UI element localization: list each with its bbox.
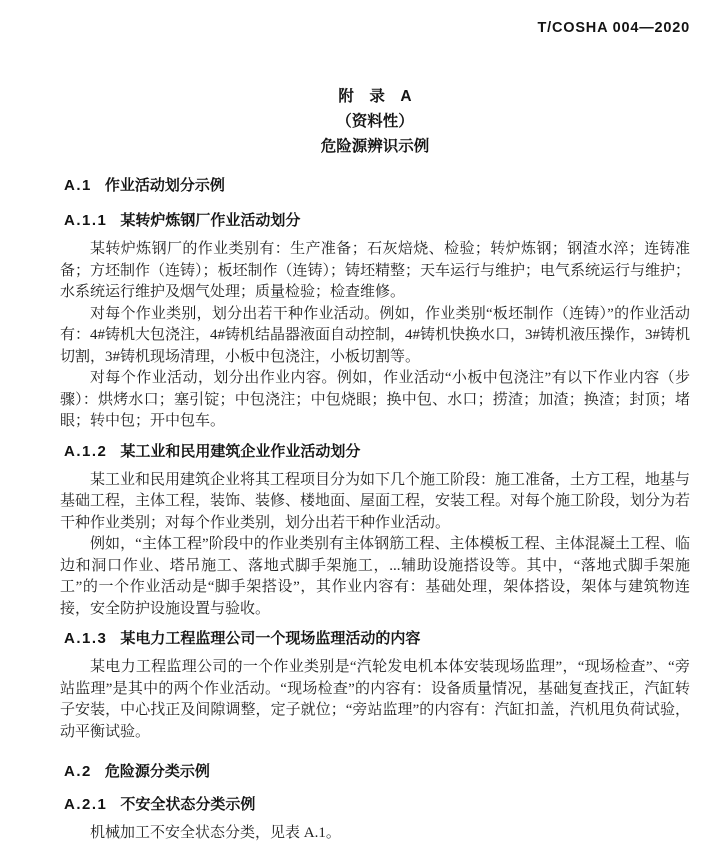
paragraph-a12-1: 某工业和民用建筑企业将其工程项目分为如下几个施工阶段：施工准备，土方工程，地基与… (60, 470, 690, 535)
paragraph-a12-2: 例如，“主体工程”阶段中的作业类别有主体钢筋工程、主体模板工程、主体混凝土工程、… (60, 534, 690, 620)
paragraph-a13-1: 某电力工程监理公司的一个作业类别是“汽轮发电机本体安装现场监理”，“现场检查”、… (60, 657, 690, 743)
section-number: A.2 (64, 763, 92, 780)
section-title: 某工业和民用建筑企业作业活动划分 (120, 443, 360, 460)
section-title: 不安全状态分类示例 (120, 796, 255, 813)
paragraph-a11-1: 某转炉炼钢厂的作业类别有：生产准备；石灰焙烧、检验；转炉炼钢；钢渣水淬；连铸准备… (60, 239, 690, 304)
appendix-subject: 危险源辨识示例 (60, 134, 690, 159)
section-heading-a2-1: A.2.1不安全状态分类示例 (64, 796, 690, 813)
document-page: T/COSHA 004—2020 附 录 A （资料性） 危险源辨识示例 A.1… (0, 0, 711, 848)
section-heading-a1: A.1作业活动划分示例 (64, 177, 690, 194)
section-heading-a2: A.2危险源分类示例 (64, 763, 690, 780)
section-title: 作业活动划分示例 (105, 177, 225, 194)
paragraph-a11-2: 对每个作业类别，划分出若干种作业活动。例如，作业类别“板坯制作（连铸）”的作业活… (60, 304, 690, 369)
section-number: A.1.2 (64, 443, 107, 460)
appendix-informative-label: （资料性） (60, 109, 690, 134)
paragraph-a21-1: 机械加工不安全状态分类，见表 A.1。 (60, 823, 690, 845)
section-title: 某电力工程监理公司一个现场监理活动的内容 (120, 630, 420, 647)
appendix-title-block: 附 录 A （资料性） 危险源辨识示例 (60, 84, 690, 159)
section-title: 某转炉炼钢厂作业活动划分 (120, 212, 300, 229)
standard-reference: T/COSHA 004—2020 (60, 20, 690, 36)
section-title: 危险源分类示例 (105, 763, 210, 780)
paragraph-a11-3: 对每个作业活动，划分出作业内容。例如，作业活动“小板中包浇注”有以下作业内容（步… (60, 368, 690, 433)
appendix-label: 附 录 A (60, 84, 690, 109)
section-heading-a1-3: A.1.3某电力工程监理公司一个现场监理活动的内容 (64, 630, 690, 647)
section-heading-a1-2: A.1.2某工业和民用建筑企业作业活动划分 (64, 443, 690, 460)
section-number: A.1 (64, 177, 92, 194)
section-number: A.2.1 (64, 796, 107, 813)
section-number: A.1.3 (64, 630, 107, 647)
section-heading-a1-1: A.1.1某转炉炼钢厂作业活动划分 (64, 212, 690, 229)
section-number: A.1.1 (64, 212, 107, 229)
